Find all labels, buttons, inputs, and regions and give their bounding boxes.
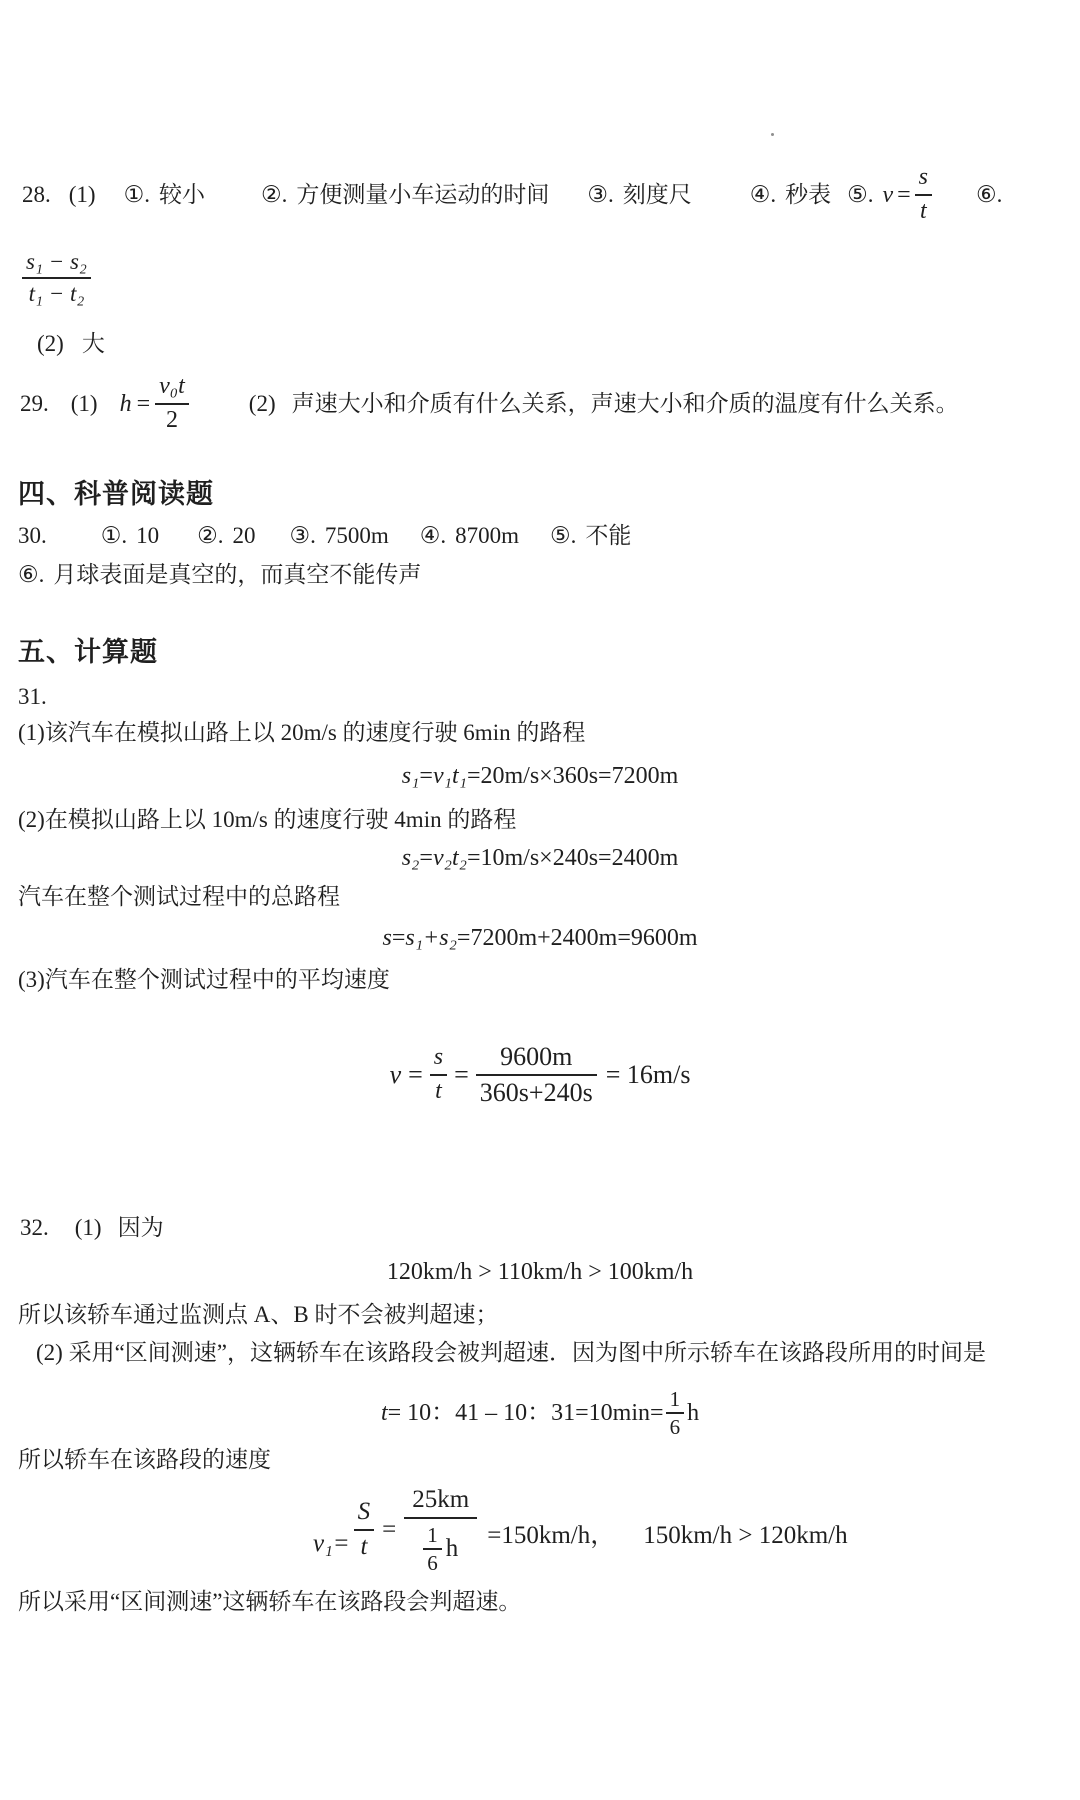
- fraction-s-over-t: s t: [430, 1044, 447, 1105]
- question-29-number: 29.: [20, 389, 49, 419]
- fraction-numerator: v₀t: [155, 373, 189, 405]
- eq-comparison: 150km/h > 120km/h: [643, 1521, 847, 1551]
- equals-sign: =: [137, 389, 151, 419]
- fraction-denominator: 2: [155, 405, 189, 435]
- fraction-s1s2-over-t1t2: s₁ − s₂ t₁ − t₂: [22, 249, 91, 308]
- fraction-numerator: 9600m: [476, 1042, 597, 1076]
- fraction-denominator: 360s+240s: [476, 1076, 597, 1108]
- document-page: 28. (1) ①. 较小 ②. 方便测量小车运动的时间 ③. 刻度尺 ④. 秒…: [0, 0, 1080, 1800]
- equation-32-speed: v₁= S t = 25km 1 6 h =150km/h， 150km/h >…: [313, 1482, 848, 1578]
- fraction-numerator: s: [915, 164, 932, 196]
- eq-var: s₁+s₂: [405, 923, 457, 953]
- part-2-label: (2): [37, 329, 64, 359]
- fraction-25km: 25km 1 6 h: [404, 1486, 477, 1574]
- answer-text: 方便测量小车运动的时间: [296, 180, 549, 210]
- circled-3-marker: ③.: [290, 521, 316, 551]
- formula-lhs: v: [882, 180, 893, 210]
- answer-28-blank6-fraction: s₁ − s₂ t₁ − t₂: [22, 247, 91, 308]
- equals-sign: =: [382, 1515, 396, 1545]
- solution-31-line1: (1)该汽车在模拟山路上以 20m/s 的速度行驶 6min 的路程: [18, 718, 585, 748]
- formula-h: h = v₀t 2: [120, 373, 189, 434]
- answer-line-29: 29. (1) h = v₀t 2 (2) 声速大小和介质有什么关系，声速大小和…: [20, 372, 959, 436]
- question-30-number: 30.: [18, 521, 47, 551]
- answer-line-28: 28. (1) ①. 较小 ②. 方便测量小车运动的时间 ③. 刻度尺 ④. 秒…: [22, 160, 1011, 230]
- equation-31-1: s₁ = v₁t₁ =20m/s×360s=7200m: [0, 758, 1080, 794]
- solution-31-line4: (3)汽车在整个测试过程中的平均速度: [18, 965, 390, 995]
- answer-28-part2: (2) 大: [37, 329, 105, 359]
- circled-2-marker: ②.: [261, 180, 287, 210]
- eq-var: t: [381, 1398, 388, 1428]
- blank-answer-5-formula: ⑤. v = s t: [847, 164, 932, 225]
- fraction-numerator: S: [354, 1498, 375, 1531]
- blank-answer-4: ④. 8700m: [420, 521, 519, 551]
- eq-result: =150km/h，: [487, 1521, 615, 1551]
- question-31-number: 31.: [18, 682, 47, 712]
- answer-text: 不能: [585, 521, 631, 551]
- question-28-number: 28.: [22, 180, 51, 210]
- circled-4-marker: ④.: [420, 521, 446, 551]
- blank-answer-4: ④. 秒表: [750, 180, 831, 210]
- eq-var: s₁: [402, 761, 420, 791]
- formula-lhs: h: [120, 389, 132, 419]
- fraction-one-sixth: 1 6: [666, 1388, 685, 1438]
- fraction-9600m: 9600m 360s+240s: [476, 1042, 597, 1108]
- blank-answer-3: ③. 刻度尺: [587, 180, 691, 210]
- circled-5-marker: ⑤.: [550, 521, 576, 551]
- answer-30-blank6: ⑥. 月球表面是真空的，而真空不能传声: [18, 560, 421, 590]
- answer-text: 较小: [159, 180, 205, 210]
- answer-text: 10: [136, 521, 159, 551]
- fraction-numerator: 1: [666, 1388, 685, 1414]
- section-5-title: 五、计算题: [18, 635, 158, 669]
- solution-31-line3: 汽车在整个测试过程中的总路程: [18, 882, 340, 912]
- eq-var: s: [382, 923, 391, 953]
- answer-text: 月球表面是真空的，而真空不能传声: [53, 560, 421, 590]
- fraction-denominator: t₁ − t₂: [22, 279, 91, 307]
- fraction-numerator: 1: [423, 1524, 442, 1550]
- fraction-denominator: t: [915, 196, 932, 226]
- answer-text: 刻度尺: [623, 180, 692, 210]
- eq-var: v₁t₁: [433, 761, 467, 791]
- fraction-denominator: 1 6 h: [404, 1519, 477, 1574]
- circled-5-marker: ⑤.: [847, 180, 873, 210]
- solution-32-line2: 所以该轿车通过监测点 A、B 时不会被判超速；: [18, 1300, 498, 1330]
- answer-text: 8700m: [455, 521, 519, 551]
- scan-speck: [771, 133, 774, 136]
- fraction-numerator: s: [430, 1044, 447, 1076]
- eq-unit: h: [446, 1535, 459, 1564]
- eq-var: v: [390, 1060, 402, 1090]
- equals-sign: =: [454, 1060, 469, 1090]
- answer-text: 大: [82, 329, 105, 359]
- equals-sign: =: [408, 1060, 423, 1090]
- part-1-label: (1): [71, 389, 98, 419]
- fraction-numerator: 25km: [404, 1486, 477, 1519]
- eq-var: v₂t₂: [433, 843, 467, 873]
- answer-text: 20: [233, 521, 256, 551]
- equals-sign: =: [419, 761, 433, 791]
- blank-answer-2: ②. 方便测量小车运动的时间: [261, 180, 549, 210]
- fraction-denominator: t: [354, 1531, 375, 1562]
- circled-4-marker: ④.: [750, 180, 776, 210]
- eq-value: =7200m+2400m=9600m: [457, 923, 698, 953]
- blank-answer-2: ②. 20: [197, 521, 255, 551]
- blank-answer-1: ①. 较小: [124, 180, 205, 210]
- answer-line-32: 32. (1) 因为: [20, 1213, 164, 1243]
- answer-text: 7500m: [325, 521, 389, 551]
- answer-text: 因为: [118, 1213, 164, 1243]
- circled-6-marker: ⑥.: [18, 560, 44, 590]
- answer-line-30: 30. ①. 10 ②. 20 ③. 7500m ④. 8700m ⑤. 不能: [18, 521, 631, 551]
- solution-32-line4: 所以轿车在该路段的速度: [18, 1445, 271, 1475]
- fraction-denominator: 6: [666, 1414, 685, 1438]
- eq-expression: = 10：41 – 10：31=10min=: [388, 1398, 664, 1428]
- fraction-denominator: 6: [423, 1550, 442, 1574]
- blank-answer-3: ③. 7500m: [290, 521, 389, 551]
- equals-sign: =: [419, 843, 433, 873]
- circled-6-marker: ⑥.: [976, 180, 1002, 210]
- solution-32-line5: 所以采用“区间测速”这辆轿车在该路段会判超速。: [18, 1587, 521, 1617]
- question-32-number: 32.: [20, 1213, 49, 1243]
- part-1-label: (1): [75, 1213, 102, 1243]
- blank-answer-1: ①. 10: [101, 521, 159, 551]
- eq-value: =20m/s×360s=7200m: [467, 761, 678, 791]
- solution-32-line3: (2) 采用“区间测速”，这辆轿车在该路段会被判超速．因为图中所示轿车在该路段所…: [36, 1338, 986, 1368]
- fraction-s-over-t: s t: [915, 164, 932, 225]
- eq-value: =10m/s×240s=2400m: [467, 843, 678, 873]
- equation-31-2: s₂ = v₂t₂ =10m/s×240s=2400m: [0, 840, 1080, 876]
- equation-32-speed-compare: 120km/h > 110km/h > 100km/h: [0, 1257, 1080, 1287]
- fraction-one-sixth: 1 6: [423, 1524, 442, 1574]
- eq-result: = 16m/s: [606, 1060, 691, 1090]
- equals-sign: =: [897, 180, 911, 210]
- circled-2-marker: ②.: [197, 521, 223, 551]
- fraction-denominator: t: [430, 1076, 447, 1106]
- answer-text: 秒表: [785, 180, 831, 210]
- circled-3-marker: ③.: [587, 180, 613, 210]
- eq-var: v₁=: [313, 1529, 350, 1559]
- blank-answer-5: ⑤. 不能: [550, 521, 631, 551]
- section-4-title: 四、科普阅读题: [18, 477, 214, 511]
- fraction-v0t-over-2: v₀t 2: [155, 373, 189, 434]
- fraction-numerator: s₁ − s₂: [22, 249, 91, 279]
- part-1-label: (1): [69, 180, 96, 210]
- fraction-S-over-t: S t: [354, 1498, 375, 1562]
- answer-text: 声速大小和介质有什么关系，声速大小和介质的温度有什么关系。: [292, 389, 959, 419]
- equals-sign: =: [392, 923, 406, 953]
- eq-unit: h: [687, 1398, 699, 1428]
- circled-1-marker: ①.: [124, 180, 150, 210]
- equation-31-3: s = s₁+s₂ =7200m+2400m=9600m: [0, 920, 1080, 956]
- solution-31-line2: (2)在模拟山路上以 10m/s 的速度行驶 4min 的路程: [18, 805, 516, 835]
- eq-var: s₂: [402, 843, 420, 873]
- part-2-label: (2): [249, 389, 276, 419]
- equation-32-time: t = 10：41 – 10：31=10min= 1 6 h: [0, 1384, 1080, 1442]
- circled-1-marker: ①.: [101, 521, 127, 551]
- equation-31-average-speed: v = s t = 9600m 360s+240s = 16m/s: [0, 1033, 1080, 1117]
